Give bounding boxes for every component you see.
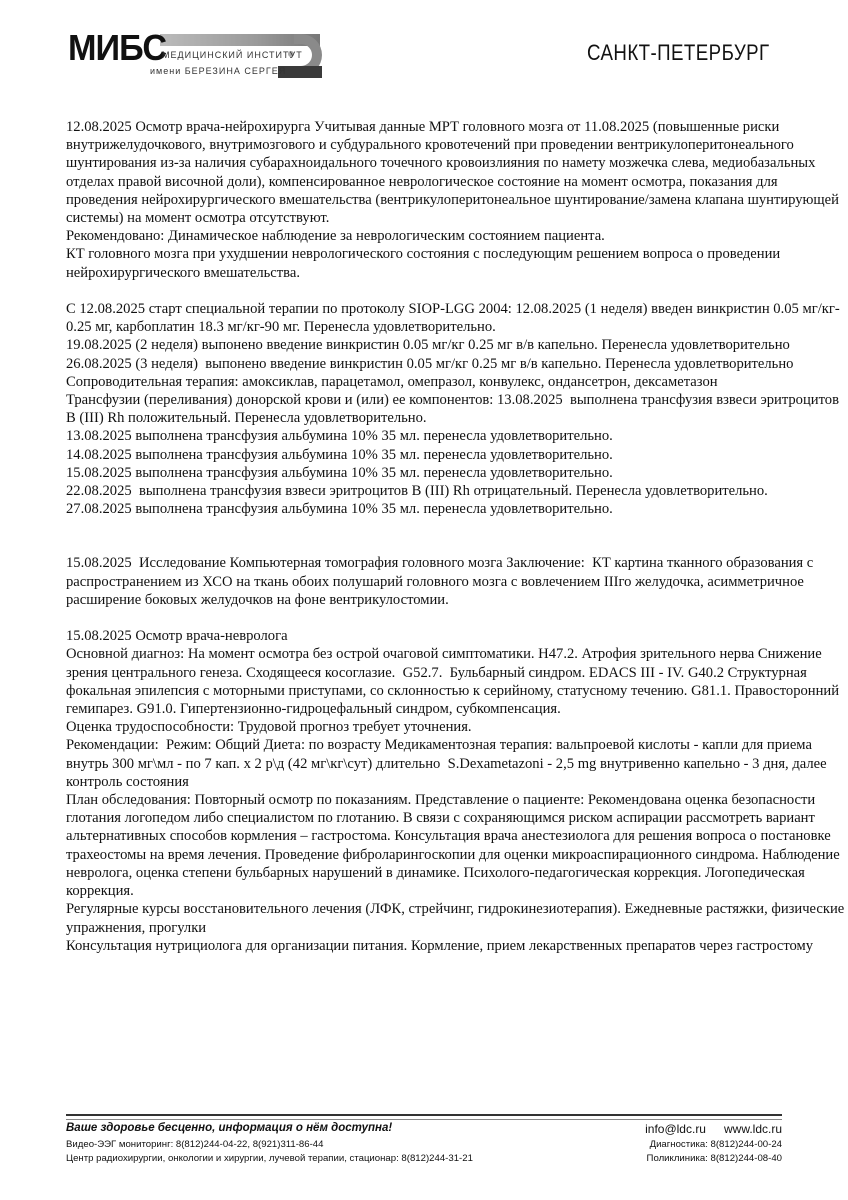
institute-logo: МИБС МЕДИЦИНСКИЙ ИНСТИТУТ имени БЕРЕЗИНА… <box>68 28 338 84</box>
footer-website-link[interactable]: www.ldc.ru <box>724 1122 782 1136</box>
work-capacity: Оценка трудоспособности: Трудовой прогно… <box>66 718 846 736</box>
footer-divider <box>66 1114 782 1120</box>
therapy-week-3: 26.08.2025 (3 неделя) выпонено введение … <box>66 355 846 373</box>
examination-plan: План обследования: Повторный осмотр по п… <box>66 791 846 900</box>
neurosurgeon-exam: 12.08.2025 Осмотр врача-нейрохирурга Учи… <box>66 118 846 227</box>
footer-contacts: info@ldc.ruwww.ldc.ru <box>645 1122 782 1136</box>
transfusion-entry: 22.08.2025 выполнена трансфузия взвеси э… <box>66 482 846 500</box>
ct-section: 15.08.2025 Исследование Компьютерная том… <box>66 554 846 609</box>
logo-subtitle-line1: МЕДИЦИНСКИЙ ИНСТИТУТ <box>162 50 303 60</box>
footer-eeg-phone: Видео-ЭЭГ мониторинг: 8(812)244-04-22, 8… <box>66 1139 323 1150</box>
footer-diagnostics-phone: Диагностика: 8(812)244-00-24 <box>650 1139 782 1150</box>
neurologist-exam-title: 15.08.2025 Осмотр врача-невролога <box>66 627 846 645</box>
transfusion-entry: Трансфузии (переливания) донорской крови… <box>66 391 846 427</box>
therapy-week-2: 19.08.2025 (2 неделя) выпонено введение … <box>66 336 846 354</box>
page-footer: Ваше здоровье бесценно, информация о нём… <box>66 1114 782 1174</box>
logo-wordmark: МИБС <box>68 28 166 68</box>
recommendations: Рекомендации: Режим: Общий Диета: по воз… <box>66 736 846 791</box>
rehab-courses: Регулярные курсы восстановительного лече… <box>66 900 846 936</box>
main-diagnosis: Основной диагноз: На момент осмотра без … <box>66 645 846 718</box>
neurosurgeon-section: 12.08.2025 Осмотр врача-нейрохирурга Учи… <box>66 118 846 282</box>
neurosurgeon-recommendation: Рекомендовано: Динамическое наблюдение з… <box>66 227 846 245</box>
supportive-therapy: Сопроводительная терапия: амоксиклав, па… <box>66 373 846 391</box>
therapy-start: С 12.08.2025 старт специальной терапии п… <box>66 300 846 336</box>
nutrition-consult: Консультация нутрициолога для организаци… <box>66 937 846 955</box>
footer-slogan: Ваше здоровье бесценно, информация о нём… <box>66 1122 392 1134</box>
ct-conclusion: 15.08.2025 Исследование Компьютерная том… <box>66 554 846 609</box>
transfusion-entry: 27.08.2025 выполнена трансфузия альбумин… <box>66 500 846 518</box>
page-header: МИБС МЕДИЦИНСКИЙ ИНСТИТУТ имени БЕРЕЗИНА… <box>0 0 848 100</box>
transfusion-entry: 13.08.2025 выполнена трансфузия альбумин… <box>66 427 846 445</box>
footer-center-phone: Центр радиохирургии, онкологии и хирурги… <box>66 1153 473 1164</box>
therapy-section: С 12.08.2025 старт специальной терапии п… <box>66 300 846 518</box>
logo-subtitle-line2: имени БЕРЕЗИНА СЕРГЕЯ <box>150 66 286 76</box>
neurosurgeon-ct-note: КТ головного мозга при ухудшении невроло… <box>66 245 846 281</box>
neurologist-section: 15.08.2025 Осмотр врача-невролога Основн… <box>66 627 846 955</box>
document-body: 12.08.2025 Осмотр врача-нейрохирурга Учи… <box>66 118 846 955</box>
transfusion-entry: 14.08.2025 выполнена трансфузия альбумин… <box>66 446 846 464</box>
footer-email-link[interactable]: info@ldc.ru <box>645 1122 706 1136</box>
transfusion-entry: 15.08.2025 выполнена трансфузия альбумин… <box>66 464 846 482</box>
city-title: САНКТ-ПЕТЕРБУРГ <box>587 40 770 66</box>
footer-polyclinic-phone: Поликлиника: 8(812)244-08-40 <box>647 1153 782 1164</box>
